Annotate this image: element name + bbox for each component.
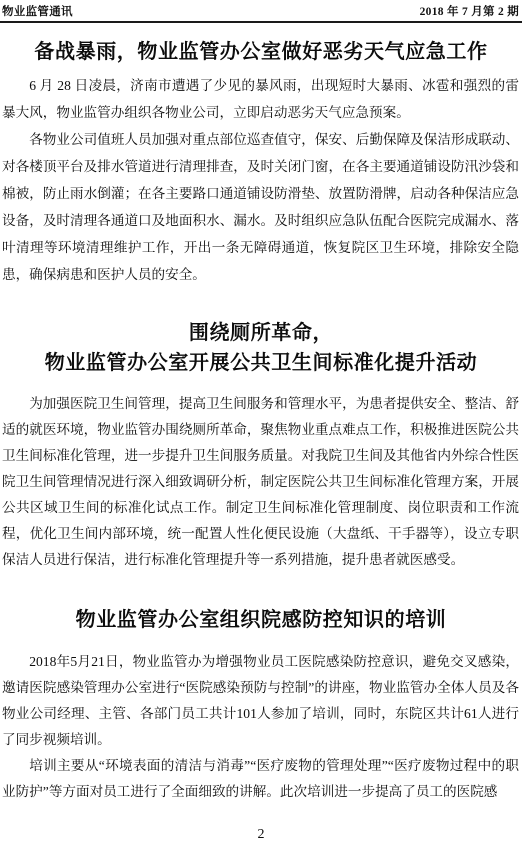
paragraph-training-1: 2018年5月21日，物业监管办为增强物业员工医院感染防控意识，避免交叉感染，邀…	[0, 649, 522, 753]
paragraph-toilet-1: 为加强医院卫生间管理，提高卫生间服务和管理水平，为患者提供安全、整洁、舒适的就医…	[0, 391, 522, 573]
newsletter-title: 物业监管通讯	[2, 4, 73, 20]
title-line-1: 围绕厕所革命，	[189, 322, 333, 344]
title-line-2: 物业监管办公室开展公共卫生间标准化提升活动	[45, 352, 478, 374]
header-divider	[0, 21, 522, 23]
article-title-infection-training: 物业监管办公室组织院感防控知识的培训	[0, 605, 522, 635]
paragraph-training-2: 培训主要从“环境表面的清洁与消毒”“医疗废物的管理处理”“医疗废物过程中的职业防…	[0, 753, 522, 805]
page-header: 物业监管通讯 2018 年 7 月第 2 期	[0, 0, 522, 20]
newsletter-page: 物业监管通讯 2018 年 7 月第 2 期 备战暴雨，物业监管办公室做好恶劣天…	[0, 0, 522, 848]
paragraph-storm-2: 各物业公司值班人员加强对重点部位巡查值守，保安、后勤保障及保洁形成联动、对各楼顶…	[0, 126, 522, 288]
issue-date: 2018 年 7 月第 2 期	[420, 4, 519, 20]
page-number: 2	[0, 827, 522, 843]
article-title-toilet-revolution: 围绕厕所革命，物业监管办公室开展公共卫生间标准化提升活动	[0, 318, 522, 378]
paragraph-storm-1: 6 月 28 日凌晨，济南市遭遇了少见的暴风雨，出现短时大暴雨、冰雹和强烈的雷暴…	[0, 72, 522, 126]
article-title-storm-emergency: 备战暴雨，物业监管办公室做好恶劣天气应急工作	[0, 38, 522, 66]
